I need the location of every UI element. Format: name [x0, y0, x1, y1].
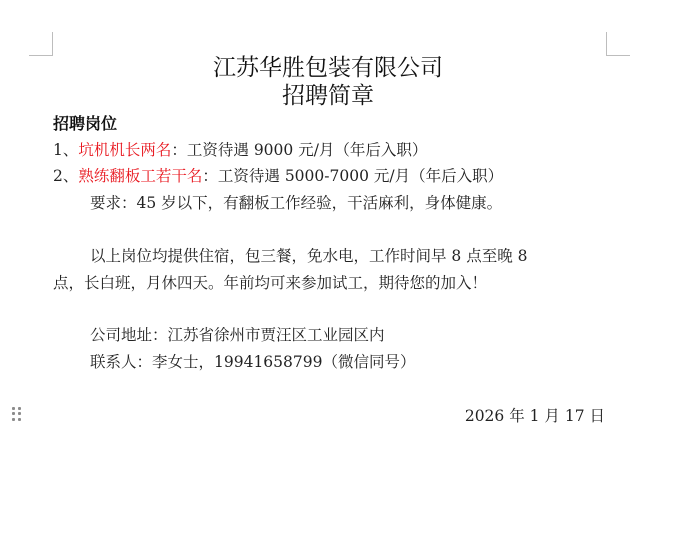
section-heading[interactable]: 招聘岗位: [53, 114, 117, 134]
position-name: 坑机机长两名: [78, 141, 171, 159]
margin-corner-top-right: [606, 32, 630, 56]
dot: [18, 412, 21, 415]
requirements-paragraph[interactable]: 要求：45 岁以下，有翻板工作经验，干活麻利，身体健康。: [90, 193, 502, 213]
corner-vertical-line: [52, 32, 53, 56]
position-detail: ：工资待遇 9000 元/月（年后入职）: [171, 141, 427, 159]
benefits-paragraph-line-2[interactable]: 点，长白班，月休四天。年前均可来参加试工，期待您的加入！: [53, 273, 487, 293]
dot: [12, 418, 15, 421]
dot: [12, 407, 15, 410]
contact-info[interactable]: 联系人：李女士，19941658799（微信同号）: [90, 352, 415, 372]
dot: [12, 412, 15, 415]
document-date[interactable]: 2026 年 1 月 17 日: [465, 406, 605, 426]
company-address[interactable]: 公司地址：江苏省徐州市贾汪区工业园区内: [90, 325, 385, 345]
position-name: 熟练翻板工若干名: [78, 167, 202, 185]
dot: [18, 418, 21, 421]
position-item-2[interactable]: 2、熟练翻板工若干名：工资待遇 5000-7000 元/月（年后入职）: [53, 166, 503, 186]
position-item-1[interactable]: 1、坑机机长两名：工资待遇 9000 元/月（年后入职）: [53, 140, 427, 160]
position-number: 2、: [53, 167, 78, 185]
document-title[interactable]: 江苏华胜包装有限公司: [0, 54, 656, 82]
benefits-paragraph-line-1[interactable]: 以上岗位均提供住宿，包三餐，免水电，工作时间早 8 点至晚 8: [90, 246, 528, 266]
margin-corner-top-left: [29, 32, 53, 56]
dot: [18, 407, 21, 410]
position-detail: ：工资待遇 5000-7000 元/月（年后入职）: [202, 167, 503, 185]
drag-handle-icon[interactable]: [12, 407, 22, 421]
document-subtitle[interactable]: 招聘简章: [0, 82, 656, 110]
position-number: 1、: [53, 141, 78, 159]
corner-vertical-line: [606, 32, 607, 56]
